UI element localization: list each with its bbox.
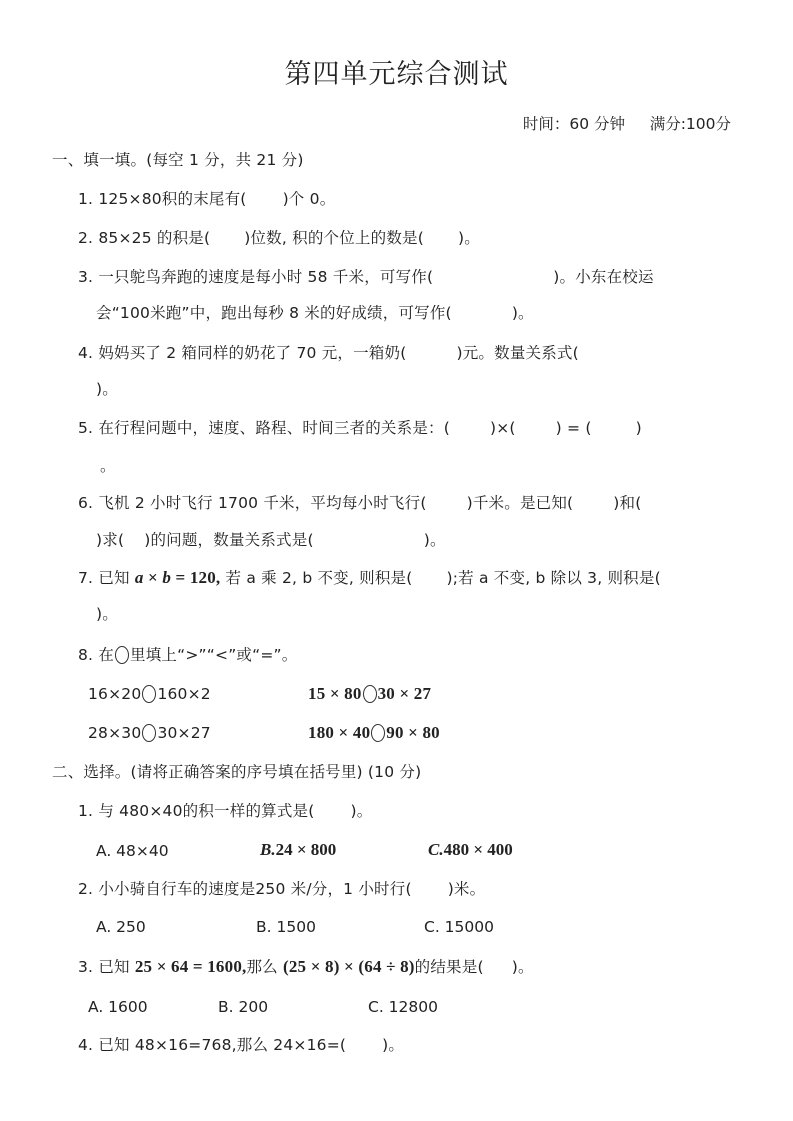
option-2-1-b[interactable]: B.24 × 800 [260,840,336,860]
question-1-5-cont: 。 [100,456,116,476]
page-title: 第四单元综合测试 [0,52,793,91]
compare-circle-icon [115,646,129,664]
option-2-1-a[interactable]: A. 48×40 [96,841,169,861]
section-1-header: 一、填一填。(每空 1 分，共 21 分) [52,150,304,170]
option-2-3-b[interactable]: B. 200 [218,997,268,1017]
compare-row-1-right: 15 × 8030 × 27 [308,684,431,704]
question-1-5: 5. 在行程问题中，速度、路程、时间三者的关系是：()×() = () [78,418,642,438]
question-1-1: 1. 125×80积的末尾有()个 0。 [78,189,335,209]
compare-circle-input[interactable] [371,724,385,742]
compare-row-1-left: 16×20160×2 [88,684,211,704]
question-2-2: 2. 小小骑自行车的速度是250 米/分，1 小时行()米。 [78,879,485,899]
question-1-7-cont: )。 [96,604,118,624]
question-1-6-cont: )求()的问题，数量关系式是()。 [96,530,446,550]
question-1-3-cont: 会“100米跑”中，跑出每秒 8 米的好成绩，可写作()。 [96,303,534,323]
question-1-4-cont: )。 [96,379,118,399]
question-2-4: 4. 已知 48×16=768,那么 24×16=()。 [78,1035,404,1055]
compare-row-2-left: 28×3030×27 [88,723,211,743]
full-score: 满分:100分 [650,115,731,133]
option-2-1-c[interactable]: C.480 × 400 [428,840,513,860]
question-2-1: 1. 与 480×40的积一样的算式是()。 [78,801,372,821]
question-1-4: 4. 妈妈买了 2 箱同样的奶花了 70 元，一箱奶()元。数量关系式( [78,343,579,363]
question-1-8: 8. 在里填上“>”“<”或“=”。 [78,645,297,665]
question-1-6: 6. 飞机 2 小时飞行 1700 千米，平均每小时飞行()千米。是已知()和( [78,493,642,513]
time-limit: 时间：60 分钟 [523,115,625,133]
question-1-2: 2. 85×25 的积是()位数, 积的个位上的数是()。 [78,228,480,248]
question-1-3: 3. 一只鸵鸟奔跑的速度是每小时 58 千米，可写作()。小东在校运 [78,267,654,287]
compare-circle-input[interactable] [142,724,156,742]
exam-meta: 时间：60 分钟 满分:100分 [523,112,731,134]
section-2-header: 二、选择。(请将正确答案的序号填在括号里) (10 分) [52,762,421,782]
question-1-7: 7. 已知 a × b = 120, 若 a 乘 2, b 不变, 则积是();… [78,568,661,588]
compare-circle-input[interactable] [142,685,156,703]
compare-circle-input[interactable] [363,685,377,703]
option-2-3-c[interactable]: C. 12800 [368,997,438,1017]
question-2-3: 3. 已知 25 × 64 = 1600,那么 (25 × 8) × (64 ÷… [78,957,534,977]
option-2-3-a[interactable]: A. 1600 [88,997,148,1017]
option-2-2-c[interactable]: C. 15000 [424,917,494,937]
option-2-2-a[interactable]: A. 250 [96,917,146,937]
option-2-2-b[interactable]: B. 1500 [256,917,316,937]
compare-row-2-right: 180 × 4090 × 80 [308,723,440,743]
